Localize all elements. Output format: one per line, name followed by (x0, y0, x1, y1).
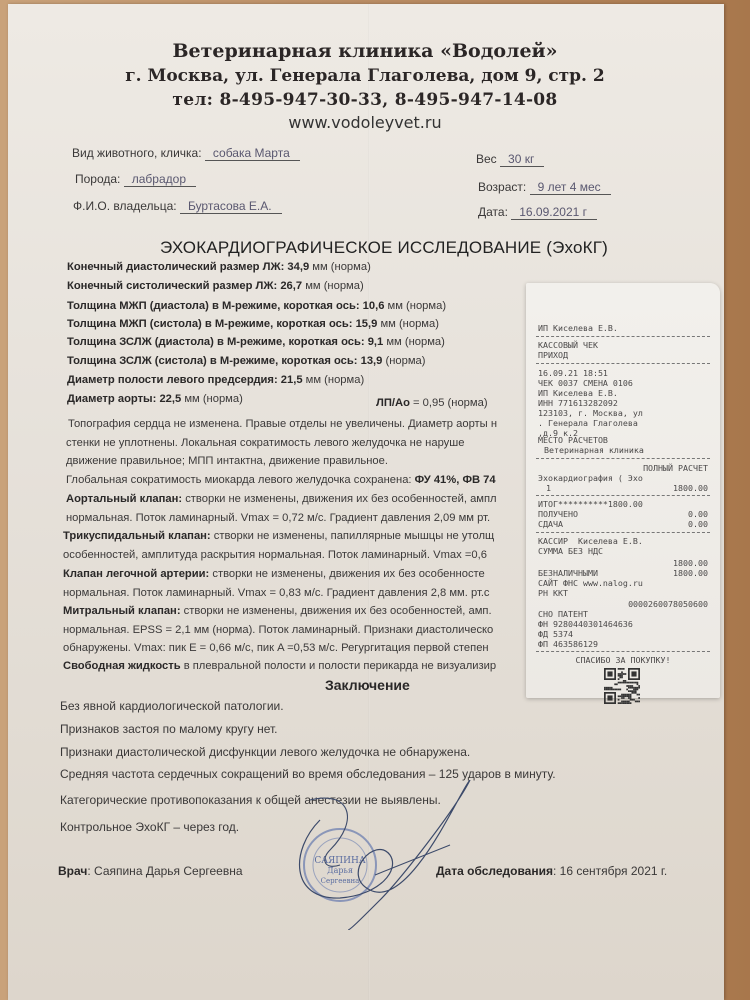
receipt-thanks: СПАСИБО ЗА ПОКУПКУ! (538, 655, 708, 665)
measurement-status: мм (норма) (302, 280, 364, 292)
receipt-datetime: 16.09.21 18:51 (538, 368, 708, 378)
receipt-rn-label: РН ККТ (538, 588, 708, 598)
date-value: 16.09.2021 г (511, 205, 597, 220)
receipt-no-vat-value: 1800.00 (538, 558, 708, 568)
measurement-status: (норма) (382, 355, 425, 367)
free-fluid-line: Свободная жидкость в плевральной полости… (63, 660, 496, 672)
conclusion-line-4: Средняя частота сердечных сокращений во … (60, 767, 556, 781)
receipt-fns-site: САЙТ ФНС www.nalog.ru (538, 578, 708, 588)
receipt-address-1: 123103, г. Москва, ул (538, 408, 708, 418)
receipt-rn-value: 0000260078050600 (538, 599, 708, 609)
receipt-place-label: МЕСТО РАСЧЕТОВ (538, 435, 708, 445)
receipt-sno: СНО ПАТЕНТ (538, 609, 708, 619)
pulmonary-valve-line-2: нормальная. Поток ламинарный. Vmax = 0,8… (63, 587, 490, 599)
conclusion-line-2: Признаков застоя по малому кругу нет. (60, 722, 277, 736)
receipt-address-2: . Генерала Глаголева (538, 418, 708, 428)
receipt-total: ИТОГ**********1800.00 (538, 499, 708, 509)
receipt-seller-2: ИП Киселева Е.В. (538, 388, 708, 398)
global-value: ФУ 41%, ФВ 74 (415, 474, 496, 486)
receipt-fn: ФН 9280440301464636 (538, 619, 708, 629)
breed-field: Порода: лабрадор (75, 172, 196, 187)
mitral-valve-line-1: Митральный клапан: створки не изменены, … (63, 605, 492, 617)
receipt-change-value: 0.00 (538, 519, 708, 529)
measurement-row: Толщина ЗСЛЖ (диастола) в М-режиме, коро… (67, 336, 445, 348)
global-label: Глобальная сократимость миокарда левого … (66, 474, 415, 486)
receipt-no-vat-label: СУММА БЕЗ НДС (538, 546, 708, 556)
measurement-status: мм (норма) (309, 261, 371, 273)
measurement-row: Конечный диастолический размер ЛЖ: 34,9 … (67, 261, 371, 273)
clinic-website: www.vodoleyvet.ru (0, 113, 730, 132)
weight-value: 30 кг (500, 152, 544, 167)
measurement-row: Диаметр аорты: 22,5 мм (норма) (67, 393, 243, 405)
species-field: Вид животного, кличка: собака Марта (72, 146, 300, 161)
measurement-row: Диаметр полости левого предсердия: 21,5 … (67, 374, 364, 386)
measurement-status: мм (норма) (384, 300, 446, 312)
aortic-valve-label: Аортальный клапан: (66, 493, 182, 505)
measurement-label: Конечный систолический размер ЛЖ: (67, 280, 277, 292)
qr-code-icon (604, 668, 640, 704)
pulmonary-valve-text: створки не изменены, движения их без осо… (209, 568, 485, 580)
mitral-valve-line-3: обнаружены. Vmax: пик E = 0,66 м/с, пик … (63, 642, 489, 654)
receipt-fd: ФД 5374 (538, 629, 708, 639)
measurement-status: мм (норма) (181, 393, 243, 405)
measurement-label: Диаметр полости левого предсердия: (67, 374, 278, 386)
mitral-valve-label: Митральный клапан: (63, 605, 181, 617)
measurement-status: мм (норма) (303, 374, 365, 386)
exam-date-value: : 16 сентября 2021 г. (553, 864, 667, 878)
receipt-item-name: Эхокардиография ( Эхо (538, 473, 708, 483)
measurement-label: Толщина МЖП (систола) в М-режиме, коротк… (67, 318, 352, 330)
measurement-value: 34,9 (287, 261, 309, 273)
receipt-fp: ФП 463586129 (538, 639, 708, 649)
measurement-row: Конечный систолический размер ЛЖ: 26,7 м… (67, 280, 364, 292)
ratio-line: ЛП/Ао = 0,95 (норма) (376, 397, 488, 409)
measurement-label: Толщина ЗСЛЖ (диастола) в М-режиме, коро… (67, 336, 365, 348)
measurement-value: 9,1 (368, 336, 384, 348)
topography-line-1: Топография сердца не изменена. Правые от… (68, 418, 497, 430)
measurement-value: 13,9 (361, 355, 383, 367)
conclusion-line-3: Признаки диастолической дисфункции левог… (60, 745, 470, 759)
age-label: Возраст: (478, 180, 526, 194)
measurement-value: 26,7 (280, 280, 302, 292)
age-field: Возраст: 9 лет 4 мес (478, 180, 611, 195)
pulmonary-valve-label: Клапан легочной артерии: (63, 568, 209, 580)
measurement-value: 21,5 (281, 374, 303, 386)
tricuspid-valve-line-1: Трикуспидальный клапан: створки не измен… (63, 530, 494, 542)
receipt-cashier: КАССИР Киселева Е.В. (538, 536, 708, 546)
tricuspid-valve-text: створки не изменены, папиллярные мышцы н… (211, 530, 495, 542)
clinic-phones: тел: 8-495-947-30-33, 8-495-947-14-08 (0, 90, 730, 110)
weight-label: Вес (476, 152, 497, 166)
measurement-label: Конечный диастолический размер ЛЖ: (67, 261, 284, 273)
doctor-signature-icon (280, 780, 480, 930)
ratio-value: = 0,95 (норма) (413, 397, 488, 409)
date-label: Дата: (478, 205, 508, 219)
conclusion-line-6: Контрольное ЭхоКГ – через год. (60, 820, 239, 834)
doctor-line: Врач: Саяпина Дарья Сергеевна (58, 864, 243, 878)
date-field: Дата: 16.09.2021 г (478, 205, 597, 220)
measurement-label: Толщина МЖП (диастола) в М-режиме, корот… (67, 300, 360, 312)
age-value: 9 лет 4 мес (530, 180, 611, 195)
weight-field: Вес 30 кг (476, 152, 544, 167)
mitral-valve-text: створки не изменены, движения их без осо… (181, 605, 492, 617)
free-fluid-label: Свободная жидкость (63, 660, 181, 672)
receipt-seller: ИП Киселева Е.В. (538, 323, 708, 333)
breed-label: Порода: (75, 172, 120, 186)
receipt-place-value: Ветеринарная клиника (544, 445, 708, 455)
measurement-status: мм (норма) (377, 318, 439, 330)
receipt-cashless-value: 1800.00 (538, 568, 708, 578)
tricuspid-valve-label: Трикуспидальный клапан: (63, 530, 211, 542)
pulmonary-valve-line-1: Клапан легочной артерии: створки не изме… (63, 568, 485, 580)
measurement-label: Толщина ЗСЛЖ (систола) в М-режиме, корот… (67, 355, 357, 367)
species-value: собака Марта (205, 146, 300, 161)
receipt-payment-mode: ПОЛНЫЙ РАСЧЕТ (538, 463, 708, 473)
owner-value: Буртасова Е.А. (180, 199, 282, 214)
conclusion-line-1: Без явной кардиологической патологии. (60, 699, 284, 713)
measurement-row: Толщина МЖП (систола) в М-режиме, коротк… (67, 318, 439, 330)
study-title: ЭХОКАРДИОГРАФИЧЕСКОЕ ИССЛЕДОВАНИЕ (ЭхоКГ… (160, 238, 608, 258)
receipt-item-price: 1800.00 (538, 483, 708, 493)
measurement-value: 10,6 (363, 300, 385, 312)
owner-label: Ф.И.О. владельца: (73, 199, 177, 213)
mitral-valve-line-2: нормальная. EPSS = 2,1 мм (норма). Поток… (63, 624, 493, 636)
free-fluid-text: в плевральной полости и полости перикард… (181, 660, 497, 672)
measurement-row: Толщина МЖП (диастола) в М-режиме, корот… (67, 300, 446, 312)
tricuspid-valve-line-2: особенностей, амплитуда раскрытия нормал… (63, 549, 487, 561)
cash-receipt: ИП Киселева Е.В. КАССОВЫЙ ЧЕК ПРИХОД 16.… (526, 283, 720, 698)
species-label: Вид животного, кличка: (72, 146, 202, 160)
measurement-value: 22,5 (159, 393, 181, 405)
doctor-label: Врач (58, 864, 87, 878)
aortic-valve-line-2: нормальная. Поток ламинарный. Vmax = 0,7… (66, 512, 490, 524)
measurement-value: 15,9 (356, 318, 378, 330)
measurement-row: Толщина ЗСЛЖ (систола) в М-режиме, корот… (67, 355, 425, 367)
clinic-name: Ветеринарная клиника «Водолей» (0, 40, 730, 62)
aortic-valve-line-1: Аортальный клапан: створки не изменены, … (66, 493, 497, 505)
receipt-check-shift: ЧЕК 0037 СМЕНА 0106 (538, 378, 708, 388)
aortic-valve-text: створки не изменены, движения их без осо… (182, 493, 496, 505)
receipt-received-value: 0.00 (538, 509, 708, 519)
topography-line-2: стенки не уплотнены. Локальная сократимо… (66, 437, 464, 449)
receipt-operation: ПРИХОД (538, 350, 708, 360)
owner-field: Ф.И.О. владельца: Буртасова Е.А. (73, 199, 282, 214)
doctor-name: : Саяпина Дарья Сергеевна (87, 864, 242, 878)
global-contractility: Глобальная сократимость миокарда левого … (66, 474, 496, 486)
receipt-inn: ИНН 771613282092 (538, 398, 708, 408)
measurement-label: Диаметр аорты: (67, 393, 156, 405)
clinic-address: г. Москва, ул. Генерала Глаголева, дом 9… (0, 66, 730, 86)
ratio-label: ЛП/Ао (376, 397, 410, 409)
measurement-status: мм (норма) (383, 336, 445, 348)
topography-line-3: движение правильное; МПП интактна, движе… (66, 455, 388, 467)
receipt-doc-type: КАССОВЫЙ ЧЕК (538, 340, 708, 350)
breed-value: лабрадор (124, 172, 196, 187)
conclusion-heading: Заключение (325, 677, 410, 693)
